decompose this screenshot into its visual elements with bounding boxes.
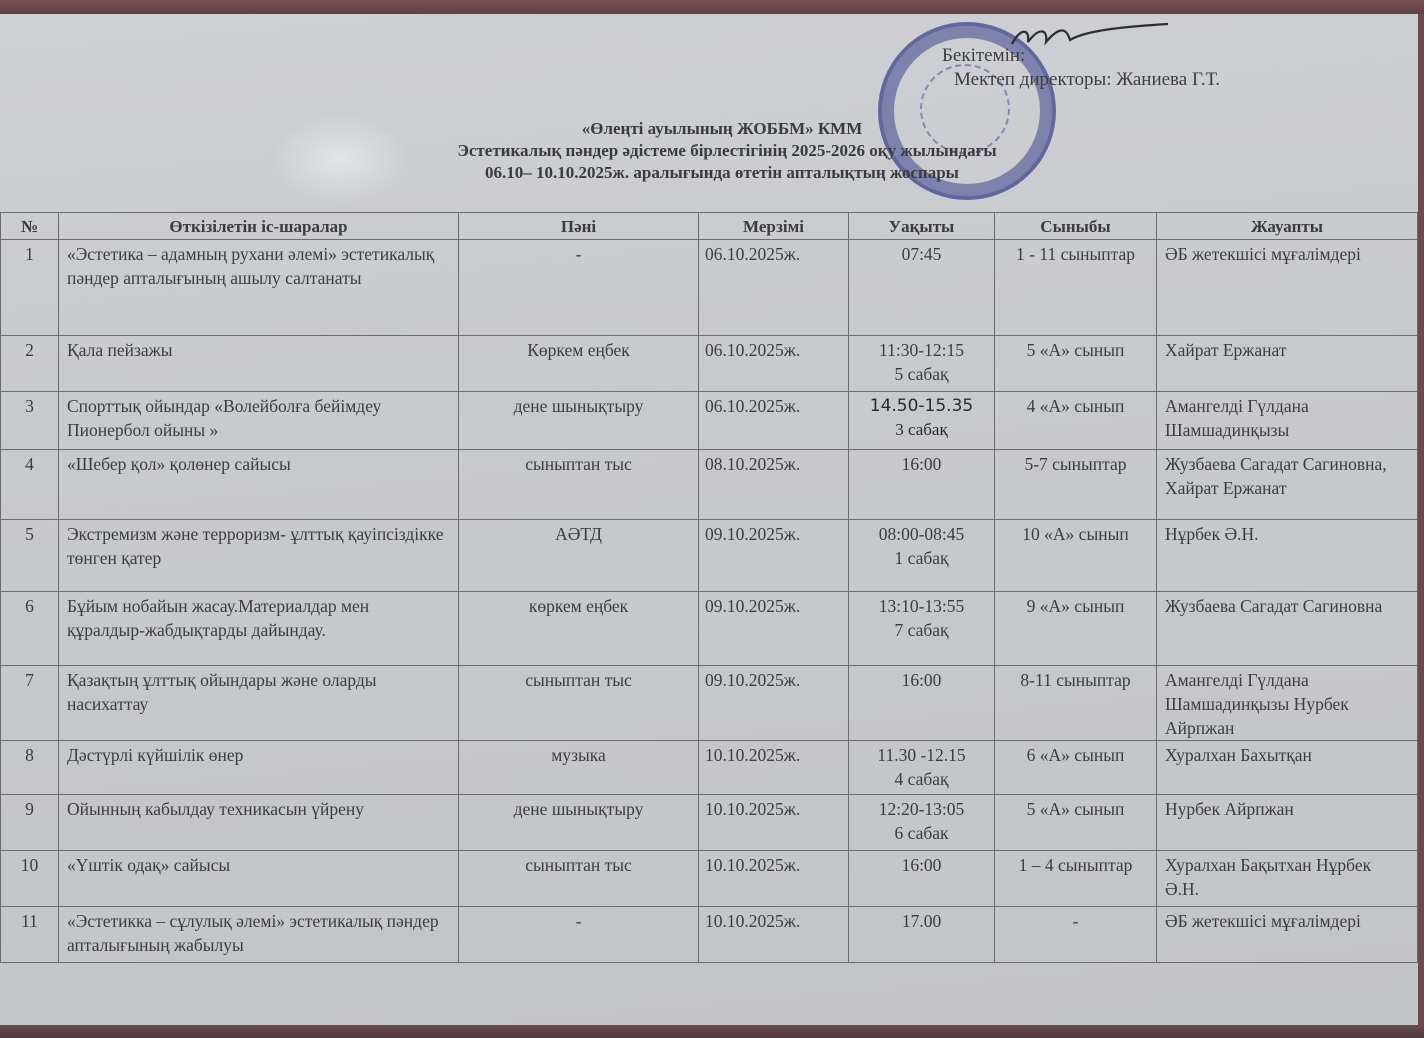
director-name: Мектеп директоры: Жаниева Г.Т.	[940, 68, 1220, 92]
background-frame-bottom	[0, 1025, 1424, 1038]
table-row: 2Қала пейзажыКөркем еңбек06.10.2025ж.11:…	[1, 336, 1418, 392]
cell-subject: -	[459, 907, 699, 963]
cell-number: 8	[1, 741, 59, 795]
cell-event: Бұйым нобайын жасау.Материалдар мен құра…	[59, 592, 459, 666]
events-plan-table: № Өткізілетін іс-шаралар Пәні Мерзімі Уа…	[0, 212, 1418, 963]
table-row: 7Қазақтың ұлттық ойындары және оларды на…	[1, 666, 1418, 741]
cell-number: 7	[1, 666, 59, 741]
column-header-date: Мерзімі	[699, 213, 849, 240]
cell-time: 16:00	[849, 851, 995, 907]
cell-date: 10.10.2025ж.	[699, 795, 849, 851]
cell-responsible: Хайрат Ержанат	[1157, 336, 1418, 392]
column-header-responsible: Жауапты	[1157, 213, 1418, 240]
cell-number: 3	[1, 392, 59, 450]
cell-responsible: Нұрбек Ә.Н.	[1157, 520, 1418, 592]
cell-time: 13:10-13:557 сабақ	[849, 592, 995, 666]
table-row: 4«Шебер қол» қолөнер сайысысыныптан тыс0…	[1, 450, 1418, 520]
organization-title: «Өлеңті ауылының ЖОББМ» КММ	[0, 118, 1424, 140]
cell-time: 11.30 -12.154 сабақ	[849, 741, 995, 795]
time-value: 13:10-13:55	[857, 594, 986, 618]
cell-class: 10 «А» сынып	[995, 520, 1157, 592]
cell-event: «Эстетика – адамның рухани әлемі» эстети…	[59, 240, 459, 336]
time-value: 16:00	[857, 452, 986, 476]
cell-responsible: Нурбек Айрпжан	[1157, 795, 1418, 851]
time-value: 16:00	[857, 853, 986, 877]
document-period: 06.10– 10.10.2025ж. аралығында өтетін ап…	[0, 162, 1424, 184]
cell-number: 6	[1, 592, 59, 666]
cell-time: 08:00-08:451 сабақ	[849, 520, 995, 592]
lesson-number: 4 сабақ	[857, 767, 986, 791]
document-header: «Өлеңті ауылының ЖОББМ» КММ Эстетикалық …	[0, 118, 1424, 184]
lesson-number: 1 сабақ	[857, 546, 986, 570]
lesson-number: 5 сабақ	[857, 362, 986, 386]
cell-date: 06.10.2025ж.	[699, 336, 849, 392]
cell-subject: сыныптан тыс	[459, 666, 699, 741]
cell-class: 1 - 11 сыныптар	[995, 240, 1157, 336]
table-row: 6Бұйым нобайын жасау.Материалдар мен құр…	[1, 592, 1418, 666]
table-row: 8Дәстүрлі күйшілік өнермузыка10.10.2025ж…	[1, 741, 1418, 795]
cell-time: 12:20-13:056 сабак	[849, 795, 995, 851]
cell-event: Дәстүрлі күйшілік өнер	[59, 741, 459, 795]
cell-responsible: Жузбаева Сагадат Сагиновна, Хайрат Ержан…	[1157, 450, 1418, 520]
table-row: 9Ойынның кабылдау техникасын үйренудене …	[1, 795, 1418, 851]
cell-event: Спорттық ойындар «Волейболға бейімдеу Пи…	[59, 392, 459, 450]
cell-number: 5	[1, 520, 59, 592]
time-value: 12:20-13:05	[857, 797, 986, 821]
table-row: 1«Эстетика – адамның рухани әлемі» эстет…	[1, 240, 1418, 336]
cell-class: 6 «А» сынып	[995, 741, 1157, 795]
cell-class: 5 «А» сынып	[995, 795, 1157, 851]
cell-event: Қазақтың ұлттық ойындары және оларды нас…	[59, 666, 459, 741]
cell-class: -	[995, 907, 1157, 963]
cell-number: 4	[1, 450, 59, 520]
column-header-subject: Пәні	[459, 213, 699, 240]
cell-date: 10.10.2025ж.	[699, 741, 849, 795]
cell-subject: көркем еңбек	[459, 592, 699, 666]
cell-date: 10.10.2025ж.	[699, 907, 849, 963]
cell-time: 16:00	[849, 450, 995, 520]
table-row: 3Спорттық ойындар «Волейболға бейімдеу П…	[1, 392, 1418, 450]
cell-date: 06.10.2025ж.	[699, 392, 849, 450]
background-frame-top	[0, 0, 1424, 14]
column-header-number: №	[1, 213, 59, 240]
table-row: 11«Эстетикка – сұлулық әлемі» эстетикалы…	[1, 907, 1418, 963]
cell-subject: дене шынықтыру	[459, 392, 699, 450]
cell-date: 08.10.2025ж.	[699, 450, 849, 520]
cell-responsible: ӘБ жетекшісі мұғалімдері	[1157, 907, 1418, 963]
cell-subject: Көркем еңбек	[459, 336, 699, 392]
cell-responsible: Хуралхан Бақытхан Нұрбек Ә.Н.	[1157, 851, 1418, 907]
cell-subject: дене шынықтыру	[459, 795, 699, 851]
document-subtitle: Эстетикалық пәндер әдістеме бірлестігіні…	[0, 140, 1424, 162]
time-value: 11.30 -12.15	[857, 743, 986, 767]
cell-responsible: Амангелді Гүлдана Шамшадинқызы Нурбек Ай…	[1157, 666, 1418, 741]
cell-date: 06.10.2025ж.	[699, 240, 849, 336]
table-row: 5Экстремизм және терроризм- ұлттық қауіп…	[1, 520, 1418, 592]
cell-time: 16:00	[849, 666, 995, 741]
lesson-number: 6 сабак	[857, 821, 986, 845]
time-value: 16:00	[857, 668, 986, 692]
cell-class: 5-7 сыныптар	[995, 450, 1157, 520]
lesson-number: 7 сабақ	[857, 618, 986, 642]
cell-class: 1 – 4 сыныптар	[995, 851, 1157, 907]
cell-subject: сыныптан тыс	[459, 851, 699, 907]
cell-subject: -	[459, 240, 699, 336]
cell-event: «Эстетикка – сұлулық әлемі» эстетикалық …	[59, 907, 459, 963]
cell-date: 09.10.2025ж.	[699, 520, 849, 592]
time-value: 11:30-12:15	[857, 338, 986, 362]
cell-responsible: Амангелді Гүлдана Шамшадинқызы	[1157, 392, 1418, 450]
cell-responsible: ӘБ жетекшісі мұғалімдері	[1157, 240, 1418, 336]
column-header-time: Уақыты	[849, 213, 995, 240]
table-header-row: № Өткізілетін іс-шаралар Пәні Мерзімі Уа…	[1, 213, 1418, 240]
cell-subject: сыныптан тыс	[459, 450, 699, 520]
cell-event: «Шебер қол» қолөнер сайысы	[59, 450, 459, 520]
cell-date: 10.10.2025ж.	[699, 851, 849, 907]
cell-class: 5 «А» сынып	[995, 336, 1157, 392]
cell-number: 10	[1, 851, 59, 907]
cell-event: Экстремизм және терроризм- ұлттық қауіпс…	[59, 520, 459, 592]
cell-class: 4 «А» сынып	[995, 392, 1157, 450]
cell-time: 11:30-12:155 сабақ	[849, 336, 995, 392]
cell-subject: музыка	[459, 741, 699, 795]
cell-event: Қала пейзажы	[59, 336, 459, 392]
lesson-number: 3 сабақ	[857, 418, 986, 442]
cell-class: 8-11 сыныптар	[995, 666, 1157, 741]
approval-label: Бекітемін:	[940, 44, 1220, 68]
cell-number: 2	[1, 336, 59, 392]
column-header-event: Өткізілетін іс-шаралар	[59, 213, 459, 240]
time-value: 08:00-08:45	[857, 522, 986, 546]
time-value: 17.00	[857, 909, 986, 933]
approval-block: Бекітемін: Мектеп директоры: Жаниева Г.Т…	[940, 44, 1220, 92]
time-value: 07:45	[857, 242, 986, 266]
cell-date: 09.10.2025ж.	[699, 666, 849, 741]
time-value: 14.50-15.35	[857, 394, 986, 418]
cell-date: 09.10.2025ж.	[699, 592, 849, 666]
cell-responsible: Жузбаева Сагадат Сагиновна	[1157, 592, 1418, 666]
cell-number: 1	[1, 240, 59, 336]
cell-event: Ойынның кабылдау техникасын үйрену	[59, 795, 459, 851]
cell-time: 07:45	[849, 240, 995, 336]
cell-number: 11	[1, 907, 59, 963]
cell-time: 14.50-15.353 сабақ	[849, 392, 995, 450]
cell-time: 17.00	[849, 907, 995, 963]
column-header-class: Сыныбы	[995, 213, 1157, 240]
cell-subject: АӘТД	[459, 520, 699, 592]
cell-event: «Үштік одақ» сайысы	[59, 851, 459, 907]
cell-class: 9 «А» сынып	[995, 592, 1157, 666]
cell-number: 9	[1, 795, 59, 851]
cell-responsible: Хуралхан Бахытқан	[1157, 741, 1418, 795]
table-row: 10«Үштік одақ» сайысысыныптан тыс10.10.2…	[1, 851, 1418, 907]
